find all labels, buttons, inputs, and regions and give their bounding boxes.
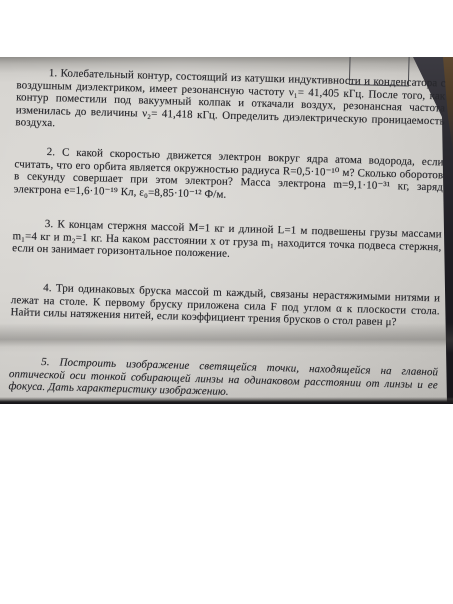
problem-4: 4. Три одинаковых бруска массой m каждый… [10, 281, 440, 330]
page-background: 1. Колебательный контур, состоящий из ка… [0, 0, 453, 604]
problem-3: 3. К концам стержня массой M=1 кг и длин… [12, 217, 442, 266]
problem-1: 1. Колебательный контур, состоящий из ка… [15, 66, 445, 140]
paper-bottom-edge [0, 397, 453, 404]
problem-2: 2. С какой скоростью движется электрон в… [14, 145, 444, 206]
worksheet-text: 1. Колебательный контур, состоящий из ка… [0, 57, 453, 404]
worksheet-photo: 1. Колебательный контур, состоящий из ка… [0, 57, 453, 404]
